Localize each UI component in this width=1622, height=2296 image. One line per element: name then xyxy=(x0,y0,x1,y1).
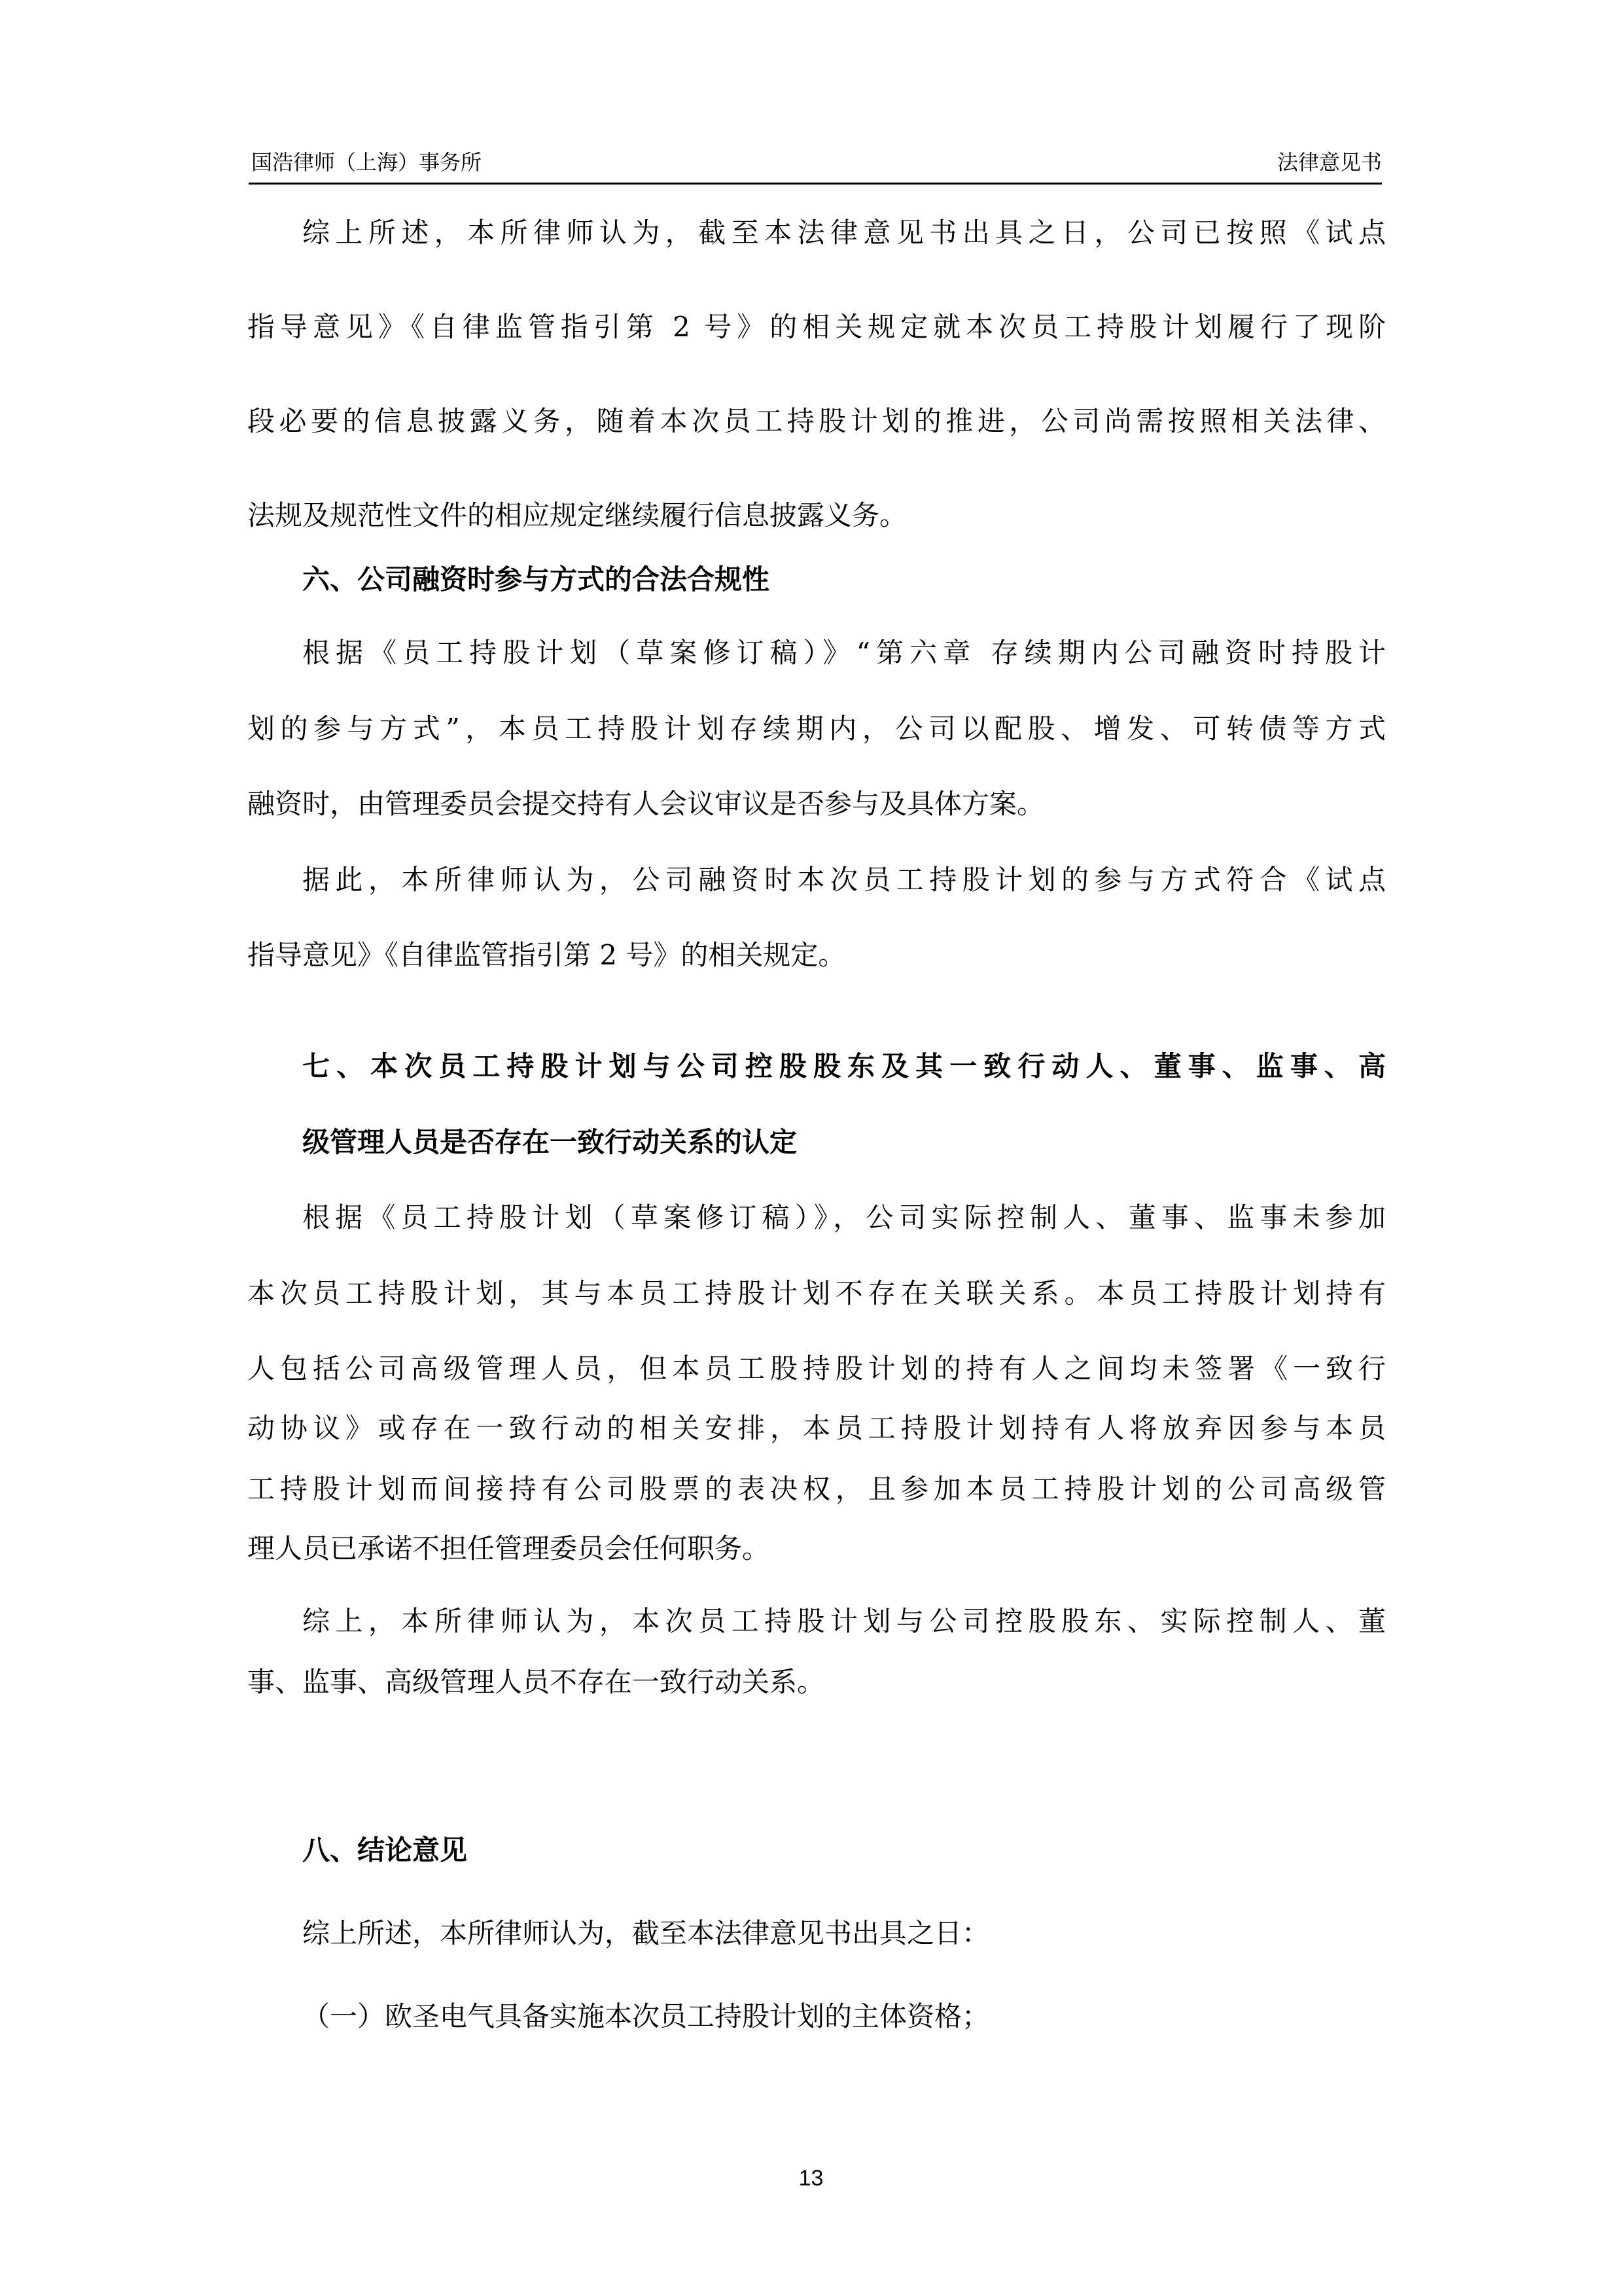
paragraph-line: 本次员工持股计划，其与本员工持股计划不存在关联关系。本员工持股计划持有 xyxy=(247,1275,1386,1312)
paragraph-line: 人包括公司高级管理人员，但本员工股持股计划的持有人之间均未签署《一致行 xyxy=(247,1351,1386,1387)
paragraph-line: 据此，本所律师认为，公司融资时本次员工持股计划的参与方式符合《试点 xyxy=(302,862,1386,898)
paragraph-line: 综上，本所律师认为，本次员工持股计划与公司控股股东、实际控制人、董 xyxy=(302,1603,1386,1640)
paragraph-line: 根据《员工持股计划（草案修订稿）》“第六章 存续期内公司融资时持股计 xyxy=(302,635,1386,671)
paragraph-line: 融资时，由管理委员会提交持有人会议审议是否参与及具体方案。 xyxy=(247,786,1386,822)
paragraph-line: （一）欧圣电气具备实施本次员工持股计划的主体资格； xyxy=(302,1998,1386,2035)
paragraph-line: 指导意见》《自律监管指引第 2 号》的相关规定。 xyxy=(247,937,1386,974)
paragraph-line: 段必要的信息披露义务，随着本次员工持股计划的推进，公司尚需按照相关法律、 xyxy=(247,403,1386,440)
paragraph-line: 理人员已承诺不担任管理委员会任何职务。 xyxy=(247,1530,1386,1567)
paragraph-line: 事、监事、高级管理人员不存在一致行动关系。 xyxy=(247,1664,1386,1701)
page-header: 国浩律师（上海）事务所 法律意见书 xyxy=(249,148,1382,182)
paragraph-line: 法规及规范性文件的相应规定继续履行信息披露义务。 xyxy=(247,497,1386,534)
page-number: 13 xyxy=(0,2166,1622,2191)
header-firm-name: 国浩律师（上海）事务所 xyxy=(251,148,482,177)
paragraph-line: 划的参与方式”，本员工持股计划存续期内，公司以配股、增发、可转债等方式 xyxy=(247,711,1386,747)
header-rule xyxy=(249,183,1382,185)
paragraph-line: 指导意见》《自律监管指引第 2 号》的相关规定就本次员工持股计划履行了现阶 xyxy=(247,309,1386,345)
paragraph-line: 工持股计划而间接持有公司股票的表决权，且参加本员工持股计划的公司高级管 xyxy=(247,1471,1386,1508)
section-heading-line: 六、公司融资时参与方式的合法合规性 xyxy=(302,561,1386,598)
section-heading-line: 八、结论意见 xyxy=(302,1832,1386,1869)
paragraph-line: 综上所述，本所律师认为，截至本法律意见书出具之日： xyxy=(302,1915,1386,1952)
paragraph-line: 根据《员工持股计划（草案修订稿）》，公司实际控制人、董事、监事未参加 xyxy=(302,1199,1386,1236)
header-doc-type: 法律意见书 xyxy=(1277,148,1382,177)
section-heading-line: 七、本次员工持股计划与公司控股股东及其一致行动人、董事、监事、高 xyxy=(302,1048,1386,1085)
paragraph-line: 动协议》或存在一致行动的相关安排，本员工持股计划持有人将放弃因参与本员 xyxy=(247,1410,1386,1447)
section-heading-line: 级管理人员是否存在一致行动关系的认定 xyxy=(302,1124,1386,1161)
paragraph-line: 综上所述，本所律师认为，截至本法律意见书出具之日，公司已按照《试点 xyxy=(302,215,1386,251)
